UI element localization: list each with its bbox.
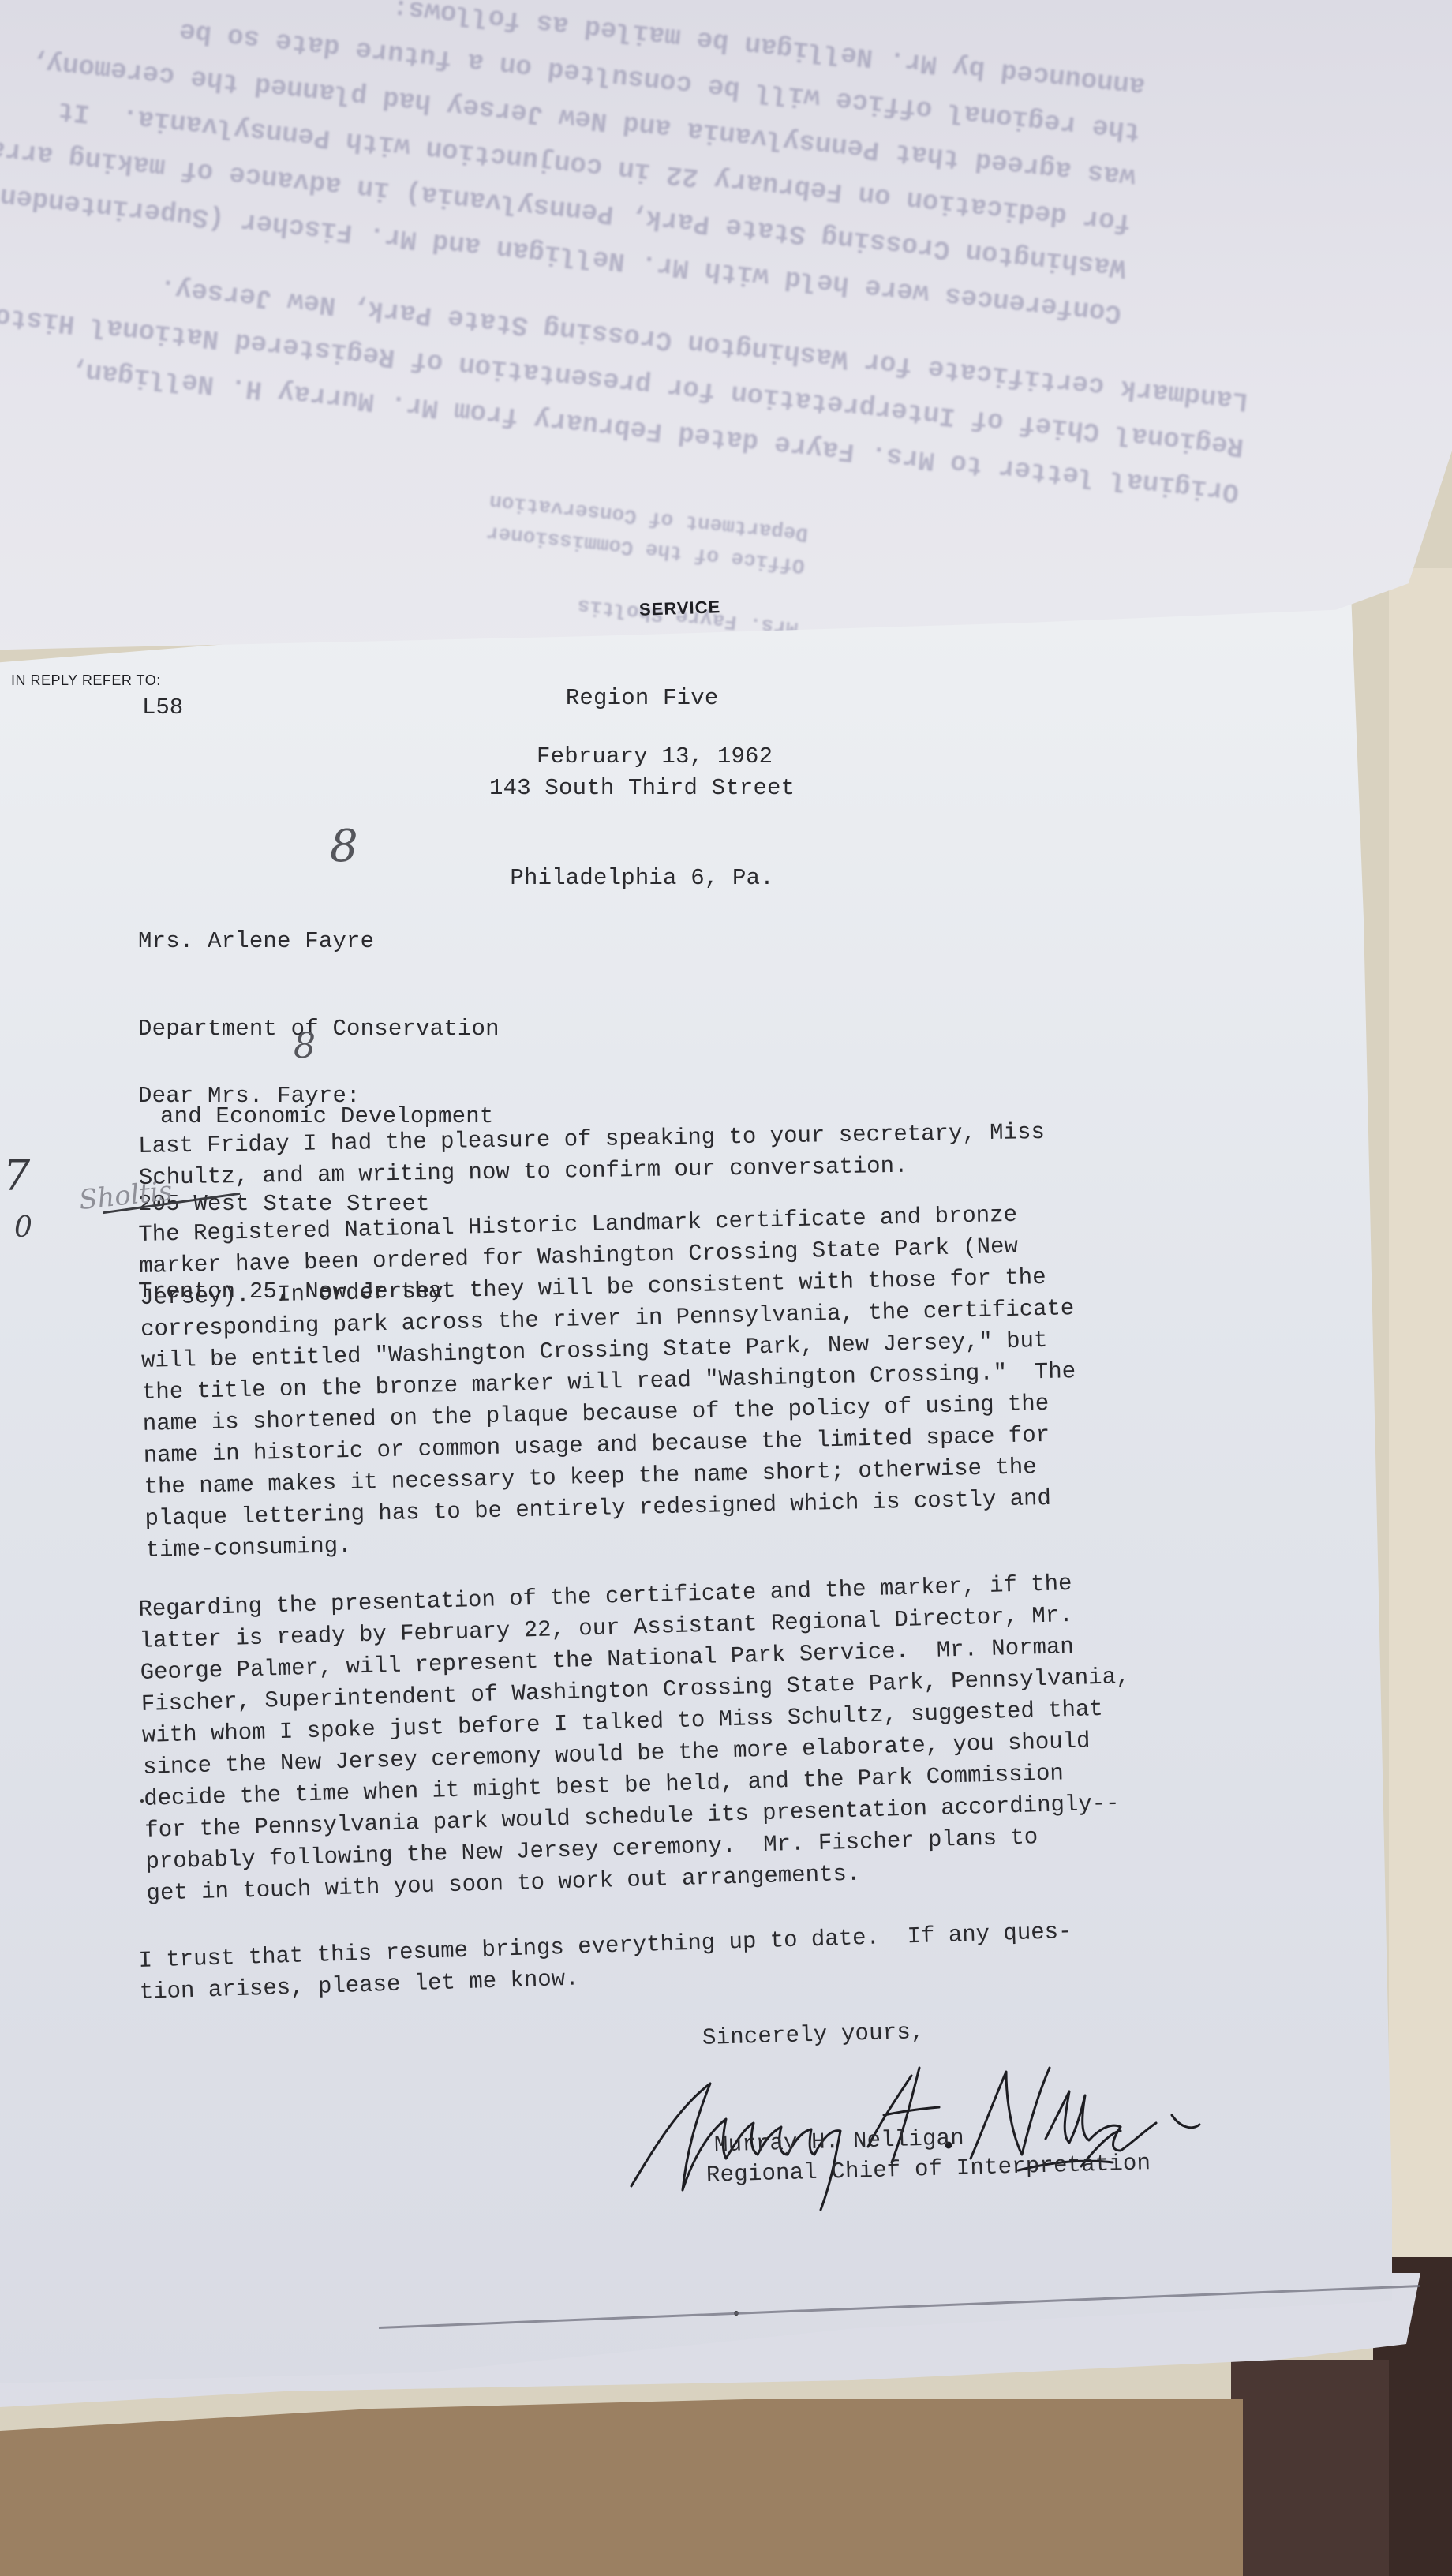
- letterhead-line: 143 South Third Street: [489, 773, 795, 803]
- margin-mark: 7: [3, 1151, 30, 1200]
- desk-background: [1389, 568, 1452, 2273]
- handwritten-mark: 8: [330, 821, 358, 872]
- stray-mark: [140, 1799, 144, 1803]
- body-paragraph: The Registered National Historic Landmar…: [138, 1198, 1080, 1567]
- handwritten-mark: 8: [294, 1026, 316, 1066]
- letterhead-line: Philadelphia 6, Pa.: [489, 863, 795, 893]
- letterhead-line: Region Five: [489, 683, 795, 713]
- valediction: Sincerely yours,: [702, 2017, 926, 2054]
- agency-name-fragment: SERVICE: [639, 597, 721, 620]
- dark-background-step: [1231, 2360, 1389, 2576]
- reply-refer-label: IN REPLY REFER TO:: [11, 672, 161, 689]
- reply-refer-code: L58: [142, 695, 183, 721]
- body-paragraph: Regarding the presentation of the certif…: [138, 1567, 1136, 1910]
- manila-folder: [0, 2399, 1243, 2576]
- margin-mark: 0: [14, 1211, 32, 1244]
- letterhead-address: Region Five 143 South Third Street Phila…: [489, 623, 795, 923]
- letter-date: February 13, 1962: [537, 742, 773, 772]
- recipient-name: Mrs. Arlene Fayre: [138, 927, 500, 956]
- salutation: Dear Mrs. Fayre:: [138, 1081, 361, 1111]
- recipient-org: Department of Conservation: [138, 1014, 500, 1043]
- folded-sheet: Conferences were held with Mr. Nelligan …: [0, 0, 1452, 663]
